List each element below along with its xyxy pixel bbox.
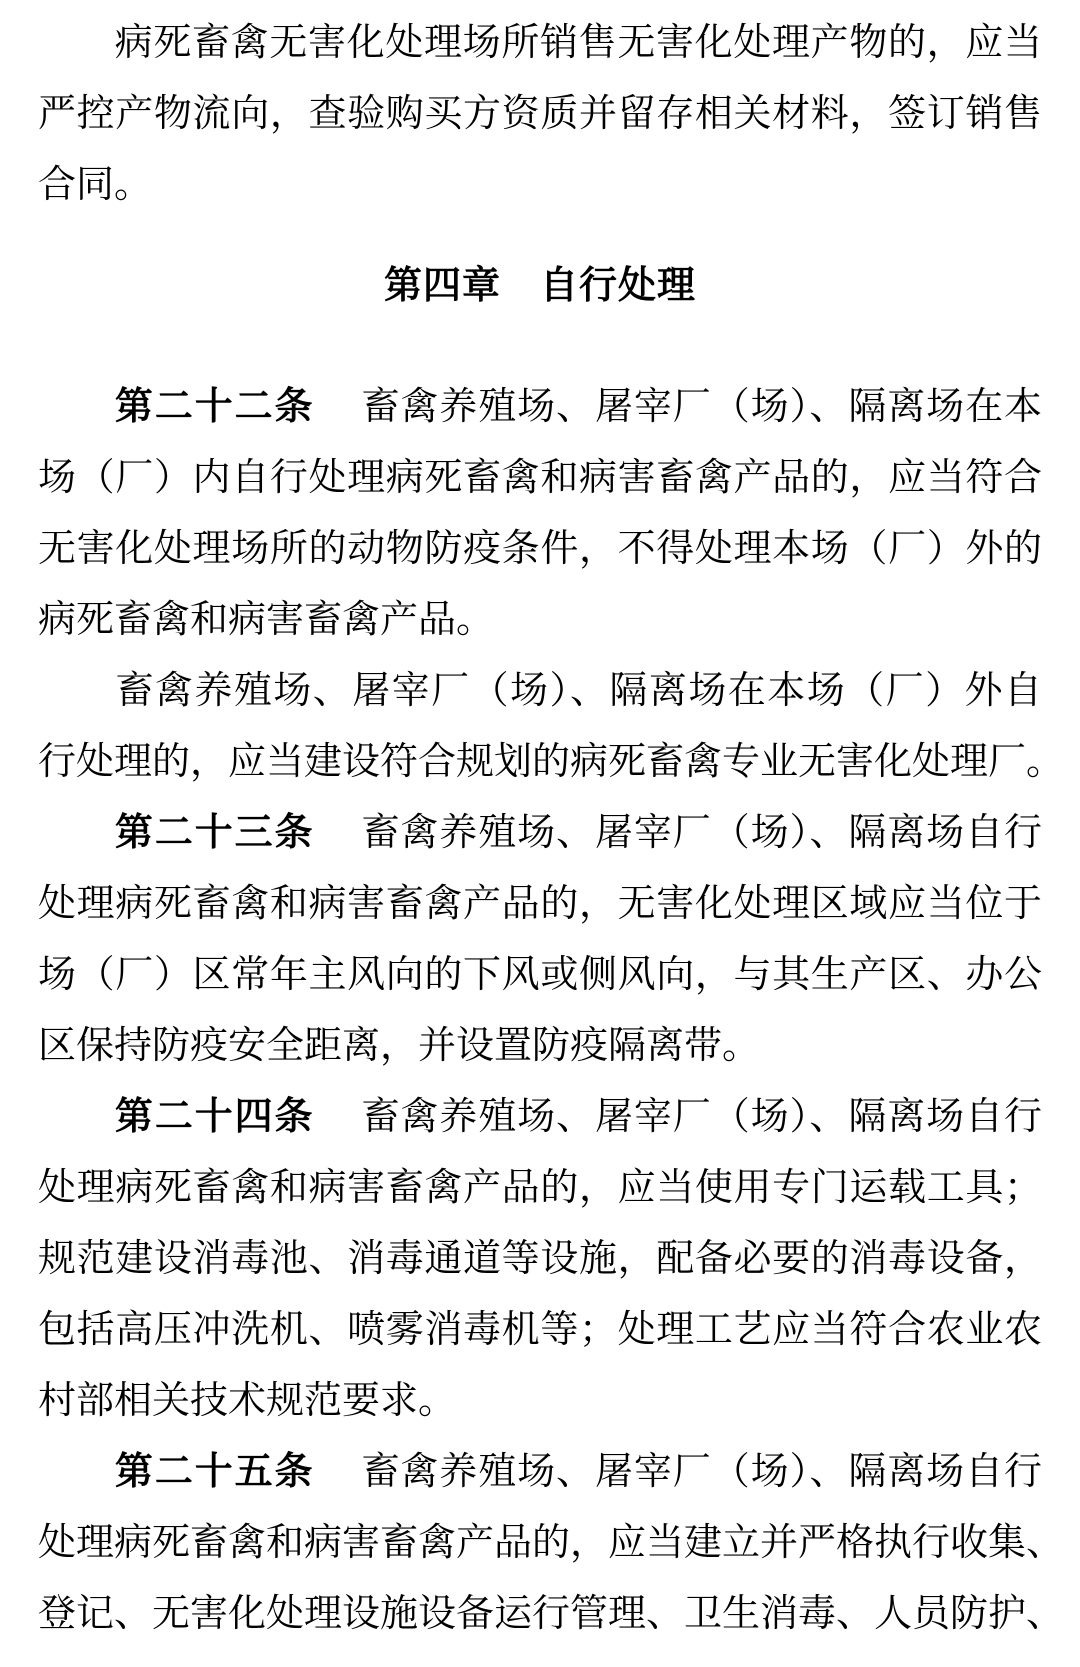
text-line: 严控产物流向，查验购买方资质并留存相关材料，签订销售 (38, 79, 1042, 150)
line-text: 处理病死畜禽和病害畜禽产品的，无害化处理区域应当位于 (38, 883, 1042, 925)
line-text: 场（厂）内自行处理病死畜禽和病害畜禽产品的，应当符合 (38, 457, 1042, 499)
text-line: 规范建设消毒池、消毒通道等设施，配备必要的消毒设备， (38, 1224, 1042, 1295)
text-line: 病死畜禽和病害畜禽产品。 (38, 585, 1042, 656)
first-line-indent (38, 54, 114, 55)
text-line: 无害化处理场所的动物防疫条件，不得处理本场（厂）外的 (38, 514, 1042, 585)
text-line: 第二十五条畜禽养殖场、屠宰厂（场）、隔离场自行 (38, 1437, 1042, 1508)
line-text: 畜禽养殖场、屠宰厂（场）、隔离场自行 (361, 812, 1042, 854)
line-text: 村部相关技术规范要求。 (38, 1380, 456, 1422)
first-line-indent (38, 844, 114, 845)
first-line-indent (38, 1128, 114, 1129)
line-text: 场（厂）区常年主风向的下风或侧风向，与其生产区、办公 (38, 954, 1042, 996)
text-line: 场（厂）区常年主风向的下风或侧风向，与其生产区、办公 (38, 940, 1042, 1011)
line-text: 规范建设消毒池、消毒通道等设施，配备必要的消毒设备， (38, 1238, 1042, 1280)
line-text: 畜禽养殖场、屠宰厂（场）、隔离场自行 (361, 1451, 1042, 1493)
line-text: 畜禽养殖场、屠宰厂（场）、隔离场在本 (361, 386, 1042, 428)
line-text: 登记、无害化处理设施设备运行管理、卫生消毒、人员防护、 (38, 1593, 1064, 1635)
line-text: 畜禽养殖场、屠宰厂（场）、隔离场在本场（厂）外自 (114, 670, 1042, 712)
line-text: 无害化处理场所的动物防疫条件，不得处理本场（厂）外的 (38, 528, 1042, 570)
text-line: 处理病死畜禽和病害畜禽产品的，应当使用专门运载工具； (38, 1153, 1042, 1224)
text-line: 登记、无害化处理设施设备运行管理、卫生消毒、人员防护、 (38, 1579, 1042, 1650)
line-text: 处理病死畜禽和病害畜禽产品的，应当建立并严格执行收集、 (38, 1522, 1064, 1564)
text-line: 村部相关技术规范要求。 (38, 1366, 1042, 1437)
line-text: 病死畜禽无害化处理场所销售无害化处理产物的，应当 (114, 22, 1042, 64)
text-line: 第二十二条畜禽养殖场、屠宰厂（场）、隔离场在本 (38, 372, 1042, 443)
first-line-indent (38, 702, 114, 703)
text-line: 行处理的，应当建设符合规划的病死畜禽专业无害化处理厂。 (38, 727, 1042, 798)
line-text: 合同。 (38, 164, 152, 206)
line-text: 严控产物流向，查验购买方资质并留存相关材料，签订销售 (38, 93, 1042, 135)
article-number-lead: 第二十二条 (114, 386, 314, 428)
line-text: 处理病死畜禽和病害畜禽产品的，应当使用专门运载工具； (38, 1167, 1042, 1209)
text-line: 畜禽养殖场、屠宰厂（场）、隔离场在本场（厂）外自 (38, 656, 1042, 727)
text-line: 场（厂）内自行处理病死畜禽和病害畜禽产品的，应当符合 (38, 443, 1042, 514)
document-content: 病死畜禽无害化处理场所销售无害化处理产物的，应当严控产物流向，查验购买方资质并留… (38, 8, 1042, 1650)
article-number-lead: 第二十五条 (114, 1451, 314, 1493)
document-page: 病死畜禽无害化处理场所销售无害化处理产物的，应当严控产物流向，查验购买方资质并留… (0, 0, 1080, 1667)
text-line: 处理病死畜禽和病害畜禽产品的，无害化处理区域应当位于 (38, 869, 1042, 940)
line-text: 畜禽养殖场、屠宰厂（场）、隔离场自行 (361, 1096, 1042, 1138)
text-line: 第二十三条畜禽养殖场、屠宰厂（场）、隔离场自行 (38, 798, 1042, 869)
article-number-lead: 第二十四条 (114, 1096, 314, 1138)
chapter-heading: 第四章 自行处理 (38, 251, 1042, 322)
first-line-indent (38, 418, 114, 419)
text-line: 第二十四条畜禽养殖场、屠宰厂（场）、隔离场自行 (38, 1082, 1042, 1153)
line-text: 行处理的，应当建设符合规划的病死畜禽专业无害化处理厂。 (38, 741, 1064, 783)
text-line: 包括高压冲洗机、喷雾消毒机等；处理工艺应当符合农业农 (38, 1295, 1042, 1366)
text-line: 处理病死畜禽和病害畜禽产品的，应当建立并严格执行收集、 (38, 1508, 1042, 1579)
line-text: 区保持防疫安全距离，并设置防疫隔离带。 (38, 1025, 760, 1067)
text-line: 病死畜禽无害化处理场所销售无害化处理产物的，应当 (38, 8, 1042, 79)
article-number-lead: 第二十三条 (114, 812, 314, 854)
text-line: 区保持防疫安全距离，并设置防疫隔离带。 (38, 1011, 1042, 1082)
text-line: 合同。 (38, 150, 1042, 221)
line-text: 病死畜禽和病害畜禽产品。 (38, 599, 494, 641)
first-line-indent (38, 1483, 114, 1484)
line-text: 包括高压冲洗机、喷雾消毒机等；处理工艺应当符合农业农 (38, 1309, 1042, 1351)
